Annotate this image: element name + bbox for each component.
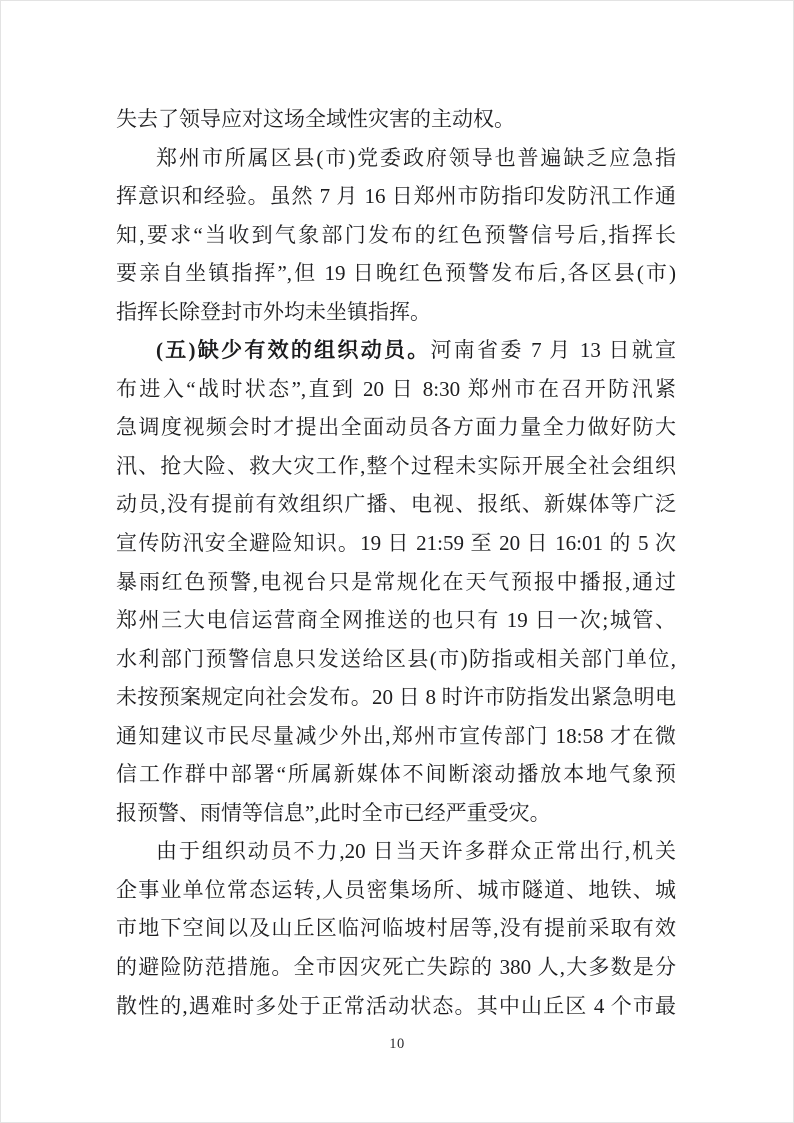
text-line: 急调度视频会时才提出全面动员各方面力量全力做好防大 xyxy=(116,408,676,447)
body-text: 的避险防范措施。全市因灾死亡失踪的 380 人,大多数是分 xyxy=(116,955,676,979)
text-line: 信工作群中部署“所属新媒体不间断滚动播放本地气象预 xyxy=(116,755,676,794)
bold-heading-text: (五)缺少有效的组织动员。 xyxy=(156,338,431,362)
body-text: 失去了领导应对这场全域性灾害的主动权。 xyxy=(116,107,515,131)
body-text: 信工作群中部署“所属新媒体不间断滚动播放本地气象预 xyxy=(116,762,676,786)
body-text: 由于组织动员不力,20 日当天许多群众正常出行,机关 xyxy=(156,839,676,863)
body-text: 挥意识和经验。虽然 7 月 16 日郑州市防指印发防汛工作通 xyxy=(116,184,676,208)
body-text: 指挥长除登封市外均未坐镇指挥。 xyxy=(116,300,431,324)
body-text: 动员,没有提前有效组织广播、电视、报纸、新媒体等广泛 xyxy=(116,492,676,516)
body-text: 要亲自坐镇指挥”,但 19 日晚红色预警发布后,各区县(市) xyxy=(116,261,676,285)
body-text: 通知建议市民尽量减少外出,郑州市宣传部门 18:58 才在微 xyxy=(116,724,676,748)
text-line: 宣传防汛安全避险知识。19 日 21:59 至 20 日 16:01 的 5 次 xyxy=(116,524,676,563)
body-text: 急调度视频会时才提出全面动员各方面力量全力做好防大 xyxy=(116,415,676,439)
body-text: 散性的,遇难时多处于正常活动状态。其中山丘区 4 个市最 xyxy=(116,994,676,1018)
page-footer: 10 xyxy=(1,1035,793,1053)
text-line: 挥意识和经验。虽然 7 月 16 日郑州市防指印发防汛工作通 xyxy=(116,177,676,216)
text-line: 通知建议市民尽量减少外出,郑州市宣传部门 18:58 才在微 xyxy=(116,717,676,756)
text-line: 失去了领导应对这场全域性灾害的主动权。 xyxy=(116,100,676,139)
text-line: 未按预案规定向社会发布。20 日 8 时许市防指发出紧急明电 xyxy=(116,678,676,717)
text-line: 报预警、雨情等信息”,此时全市已经严重受灾。 xyxy=(116,794,676,833)
body-text: 郑州市所属区县(市)党委政府领导也普遍缺乏应急指 xyxy=(156,146,676,170)
text-line: 布进入“战时状态”,直到 20 日 8:30 郑州市在召开防汛紧 xyxy=(116,370,676,409)
page-number: 10 xyxy=(389,1036,405,1052)
text-line: 指挥长除登封市外均未坐镇指挥。 xyxy=(116,293,676,332)
text-line: 要亲自坐镇指挥”,但 19 日晚红色预警发布后,各区县(市) xyxy=(116,254,676,293)
text-line: 水利部门预警信息只发送给区县(市)防指或相关部门单位, xyxy=(116,640,676,679)
text-line: 由于组织动员不力,20 日当天许多群众正常出行,机关 xyxy=(116,832,676,871)
body-text: 水利部门预警信息只发送给区县(市)防指或相关部门单位, xyxy=(116,647,676,671)
text-line: 的避险防范措施。全市因灾死亡失踪的 380 人,大多数是分 xyxy=(116,948,676,987)
text-line: (五)缺少有效的组织动员。河南省委 7 月 13 日就宣 xyxy=(116,331,676,370)
body-text: 知,要求“当收到气象部门发布的红色预警信号后,指挥长 xyxy=(116,223,676,247)
text-line: 郑州三大电信运营商全网推送的也只有 19 日一次;城管、 xyxy=(116,601,676,640)
text-line: 动员,没有提前有效组织广播、电视、报纸、新媒体等广泛 xyxy=(116,485,676,524)
body-text: 郑州三大电信运营商全网推送的也只有 19 日一次;城管、 xyxy=(116,608,676,632)
text-line: 暴雨红色预警,电视台只是常规化在天气预报中播报,通过 xyxy=(116,563,676,602)
body-text: 未按预案规定向社会发布。20 日 8 时许市防指发出紧急明电 xyxy=(116,685,676,709)
text-line: 汛、抢大险、救大灾工作,整个过程未实际开展全社会组织 xyxy=(116,447,676,486)
text-line: 企事业单位常态运转,人员密集场所、城市隧道、地铁、城 xyxy=(116,871,676,910)
body-text: 河南省委 7 月 13 日就宣 xyxy=(431,338,676,362)
body-text: 企事业单位常态运转,人员密集场所、城市隧道、地铁、城 xyxy=(116,878,676,902)
document-body-text: 失去了领导应对这场全域性灾害的主动权。郑州市所属区县(市)党委政府领导也普遍缺乏… xyxy=(116,100,676,1025)
body-text: 报预警、雨情等信息”,此时全市已经严重受灾。 xyxy=(116,801,551,825)
body-text: 汛、抢大险、救大灾工作,整个过程未实际开展全社会组织 xyxy=(116,454,676,478)
body-text: 暴雨红色预警,电视台只是常规化在天气预报中播报,通过 xyxy=(116,570,676,594)
text-line: 市地下空间以及山丘区临河临坡村居等,没有提前采取有效 xyxy=(116,909,676,948)
text-line: 知,要求“当收到气象部门发布的红色预警信号后,指挥长 xyxy=(116,216,676,255)
text-line: 郑州市所属区县(市)党委政府领导也普遍缺乏应急指 xyxy=(116,139,676,178)
document-page: 失去了领导应对这场全域性灾害的主动权。郑州市所属区县(市)党委政府领导也普遍缺乏… xyxy=(0,0,794,1123)
body-text: 布进入“战时状态”,直到 20 日 8:30 郑州市在召开防汛紧 xyxy=(116,377,676,401)
body-text: 宣传防汛安全避险知识。19 日 21:59 至 20 日 16:01 的 5 次 xyxy=(116,531,676,555)
text-line: 散性的,遇难时多处于正常活动状态。其中山丘区 4 个市最 xyxy=(116,987,676,1026)
body-text: 市地下空间以及山丘区临河临坡村居等,没有提前采取有效 xyxy=(116,916,676,940)
